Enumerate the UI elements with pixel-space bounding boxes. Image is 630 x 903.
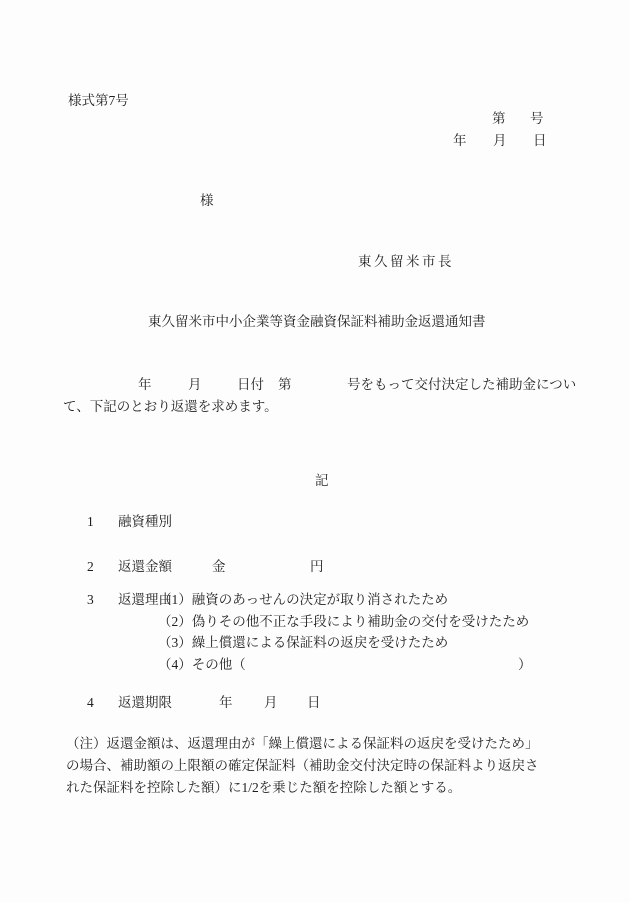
form-number-line: 様式第7号 — [0, 91, 630, 111]
go-label: 号 — [530, 109, 544, 129]
body-line-2: て、下記のとおり返還を求めます。 — [0, 397, 630, 417]
document-title: 東久留米市中小企業等資金融資保証料補助金返還通知書 — [148, 312, 486, 332]
year-label: 年 — [453, 131, 467, 151]
item-3-number: 3 — [87, 590, 94, 610]
document-number-line: 第 号 — [0, 109, 630, 129]
month-label: 月 — [493, 131, 507, 151]
addressee-sama: 様 — [200, 191, 214, 211]
form-number: 様式第7号 — [68, 91, 129, 111]
dai-label: 第 — [492, 109, 506, 129]
item-2-row: 2 返還金額 金 円 — [0, 557, 630, 577]
body-dai-label: 第 — [278, 375, 292, 395]
sender-name: 東久留米市長 — [358, 252, 454, 272]
item-2-label: 返還金額 — [118, 557, 172, 577]
body-line-1: 年 月 日付 第 号をもって交付決定した補助金につい — [0, 375, 630, 395]
due-day-label: 日 — [307, 693, 321, 713]
reason-close-paren: ） — [518, 655, 532, 675]
due-year-label: 年 — [219, 693, 233, 713]
item-1-number: 1 — [87, 512, 94, 532]
due-month-label: 月 — [264, 693, 278, 713]
reason-row-3: （3）繰上償還による保証料の返戻を受けたため — [0, 633, 630, 653]
item-1-row: 1 融資種別 — [0, 512, 630, 532]
item-3-row: 3 返還理由 （1）融資のあっせんの決定が取り消されたため — [0, 590, 630, 610]
addressee-line: 様 — [0, 191, 630, 211]
amount-kin-label: 金 — [212, 557, 226, 577]
sender-line: 東久留米市長 — [0, 252, 630, 272]
reason-line-4: （4）その他（ — [158, 655, 246, 675]
note-line-3: れた保証料を控除した額）に1/2を乗じた額を控除した額とする。 — [0, 778, 630, 798]
reason-line-1: （1）融資のあっせんの決定が取り消されたため — [158, 590, 448, 610]
body-year-label: 年 — [138, 375, 152, 395]
ki-heading: 記 — [315, 473, 329, 488]
reason-line-2: （2）偽りその他不正な手段により補助金の交付を受けたため — [158, 612, 529, 632]
note-text-2: の場合、補助額の上限額の確定保証料（補助金交付決定時の保証料より返戻さ — [66, 756, 539, 776]
item-2-number: 2 — [87, 557, 94, 577]
body-text-rest: 号をもって交付決定した補助金につい — [347, 375, 576, 395]
item-1-label: 融資種別 — [118, 512, 172, 532]
body-month-label: 月 — [188, 375, 202, 395]
note-line-1: （注）返還金額は、返還理由が「繰上償還による保証料の返戻を受けたため」 — [0, 734, 630, 754]
amount-yen-label: 円 — [310, 557, 324, 577]
date-line: 年 月 日 — [0, 131, 630, 151]
note-text-3: れた保証料を控除した額）に1/2を乗じた額を控除した額とする。 — [66, 778, 461, 798]
item-4-number: 4 — [87, 693, 94, 713]
note-line-2: の場合、補助額の上限額の確定保証料（補助金交付決定時の保証料より返戻さ — [0, 756, 630, 776]
body-day-label: 日付 — [237, 375, 264, 395]
document-page: 様式第7号 第 号 年 月 日 様 東久留米市長 東久留米市中小企業等資金融資保… — [0, 0, 630, 903]
note-text-1: （注）返還金額は、返還理由が「繰上償還による保証料の返戻を受けたため」 — [66, 734, 539, 754]
item-4-row: 4 返還期限 年 月 日 — [0, 693, 630, 713]
title-line: 東久留米市中小企業等資金融資保証料補助金返還通知書 — [0, 312, 630, 332]
day-label: 日 — [533, 131, 547, 151]
item-4-label: 返還期限 — [118, 693, 172, 713]
reason-line-3: （3）繰上償還による保証料の返戻を受けたため — [158, 633, 448, 653]
reason-row-2: （2）偽りその他不正な手段により補助金の交付を受けたため — [0, 612, 630, 632]
body-text: て、下記のとおり返還を求めます。 — [63, 397, 278, 417]
ki-heading-line: 記 — [0, 451, 630, 471]
reason-row-4: （4）その他（ ） — [0, 655, 630, 675]
